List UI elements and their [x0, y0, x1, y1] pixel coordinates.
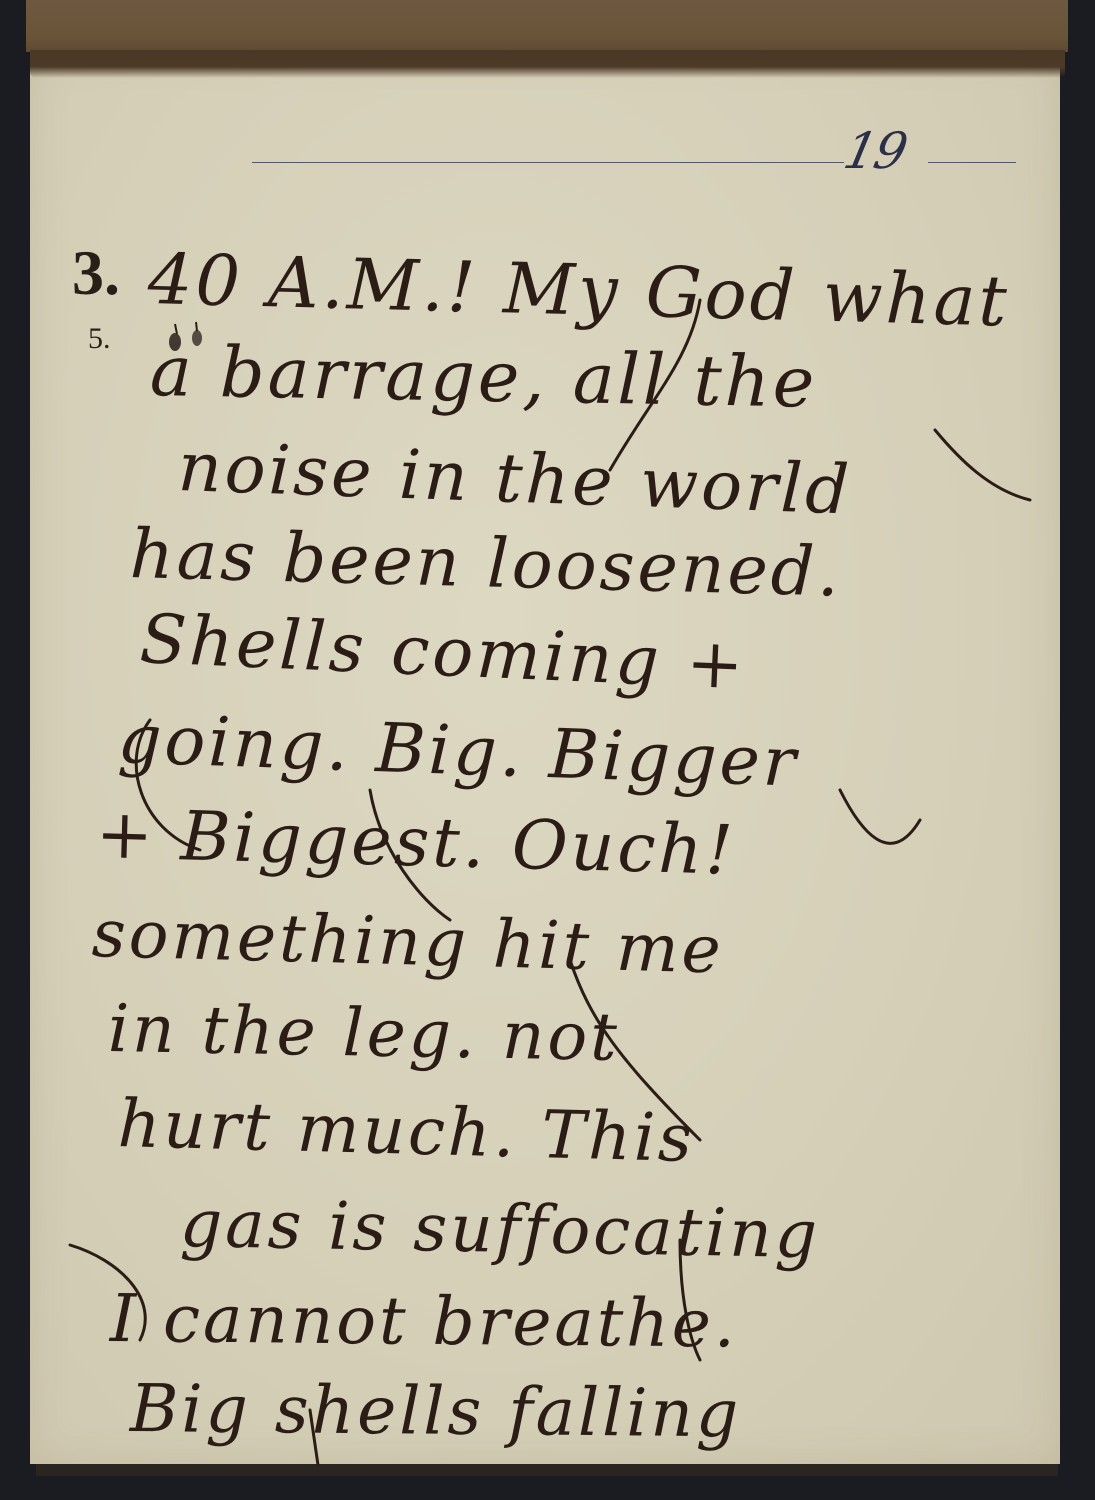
diary-line-12: I cannot breathe. [110, 1280, 739, 1362]
diary-line-13: Big shells falling [130, 1370, 742, 1452]
diary-line-9: in the leg. not [107, 990, 620, 1076]
notebook-binding [26, 0, 1068, 52]
diary-line-8: something hit me [91, 895, 725, 989]
diary-line-11: gas is suffocating [179, 1185, 820, 1273]
page-bottom-edge [36, 1464, 1058, 1476]
photo-frame: 19 3. 5. 40 A.M.! My God what a barrage,… [0, 0, 1095, 1500]
header-rule-right [928, 162, 1016, 163]
margin-time-5: 5. [88, 322, 111, 356]
page-number: 19 [839, 122, 911, 180]
header-rule-left [252, 162, 844, 163]
margin-time-3: 3. [72, 236, 120, 310]
diary-line-7: + Biggest. Ouch! [95, 795, 737, 891]
binding-shadow [30, 50, 1065, 78]
diary-line-10: hurt much. This [117, 1085, 696, 1177]
diary-line-2: a barrage, all the [149, 330, 818, 424]
